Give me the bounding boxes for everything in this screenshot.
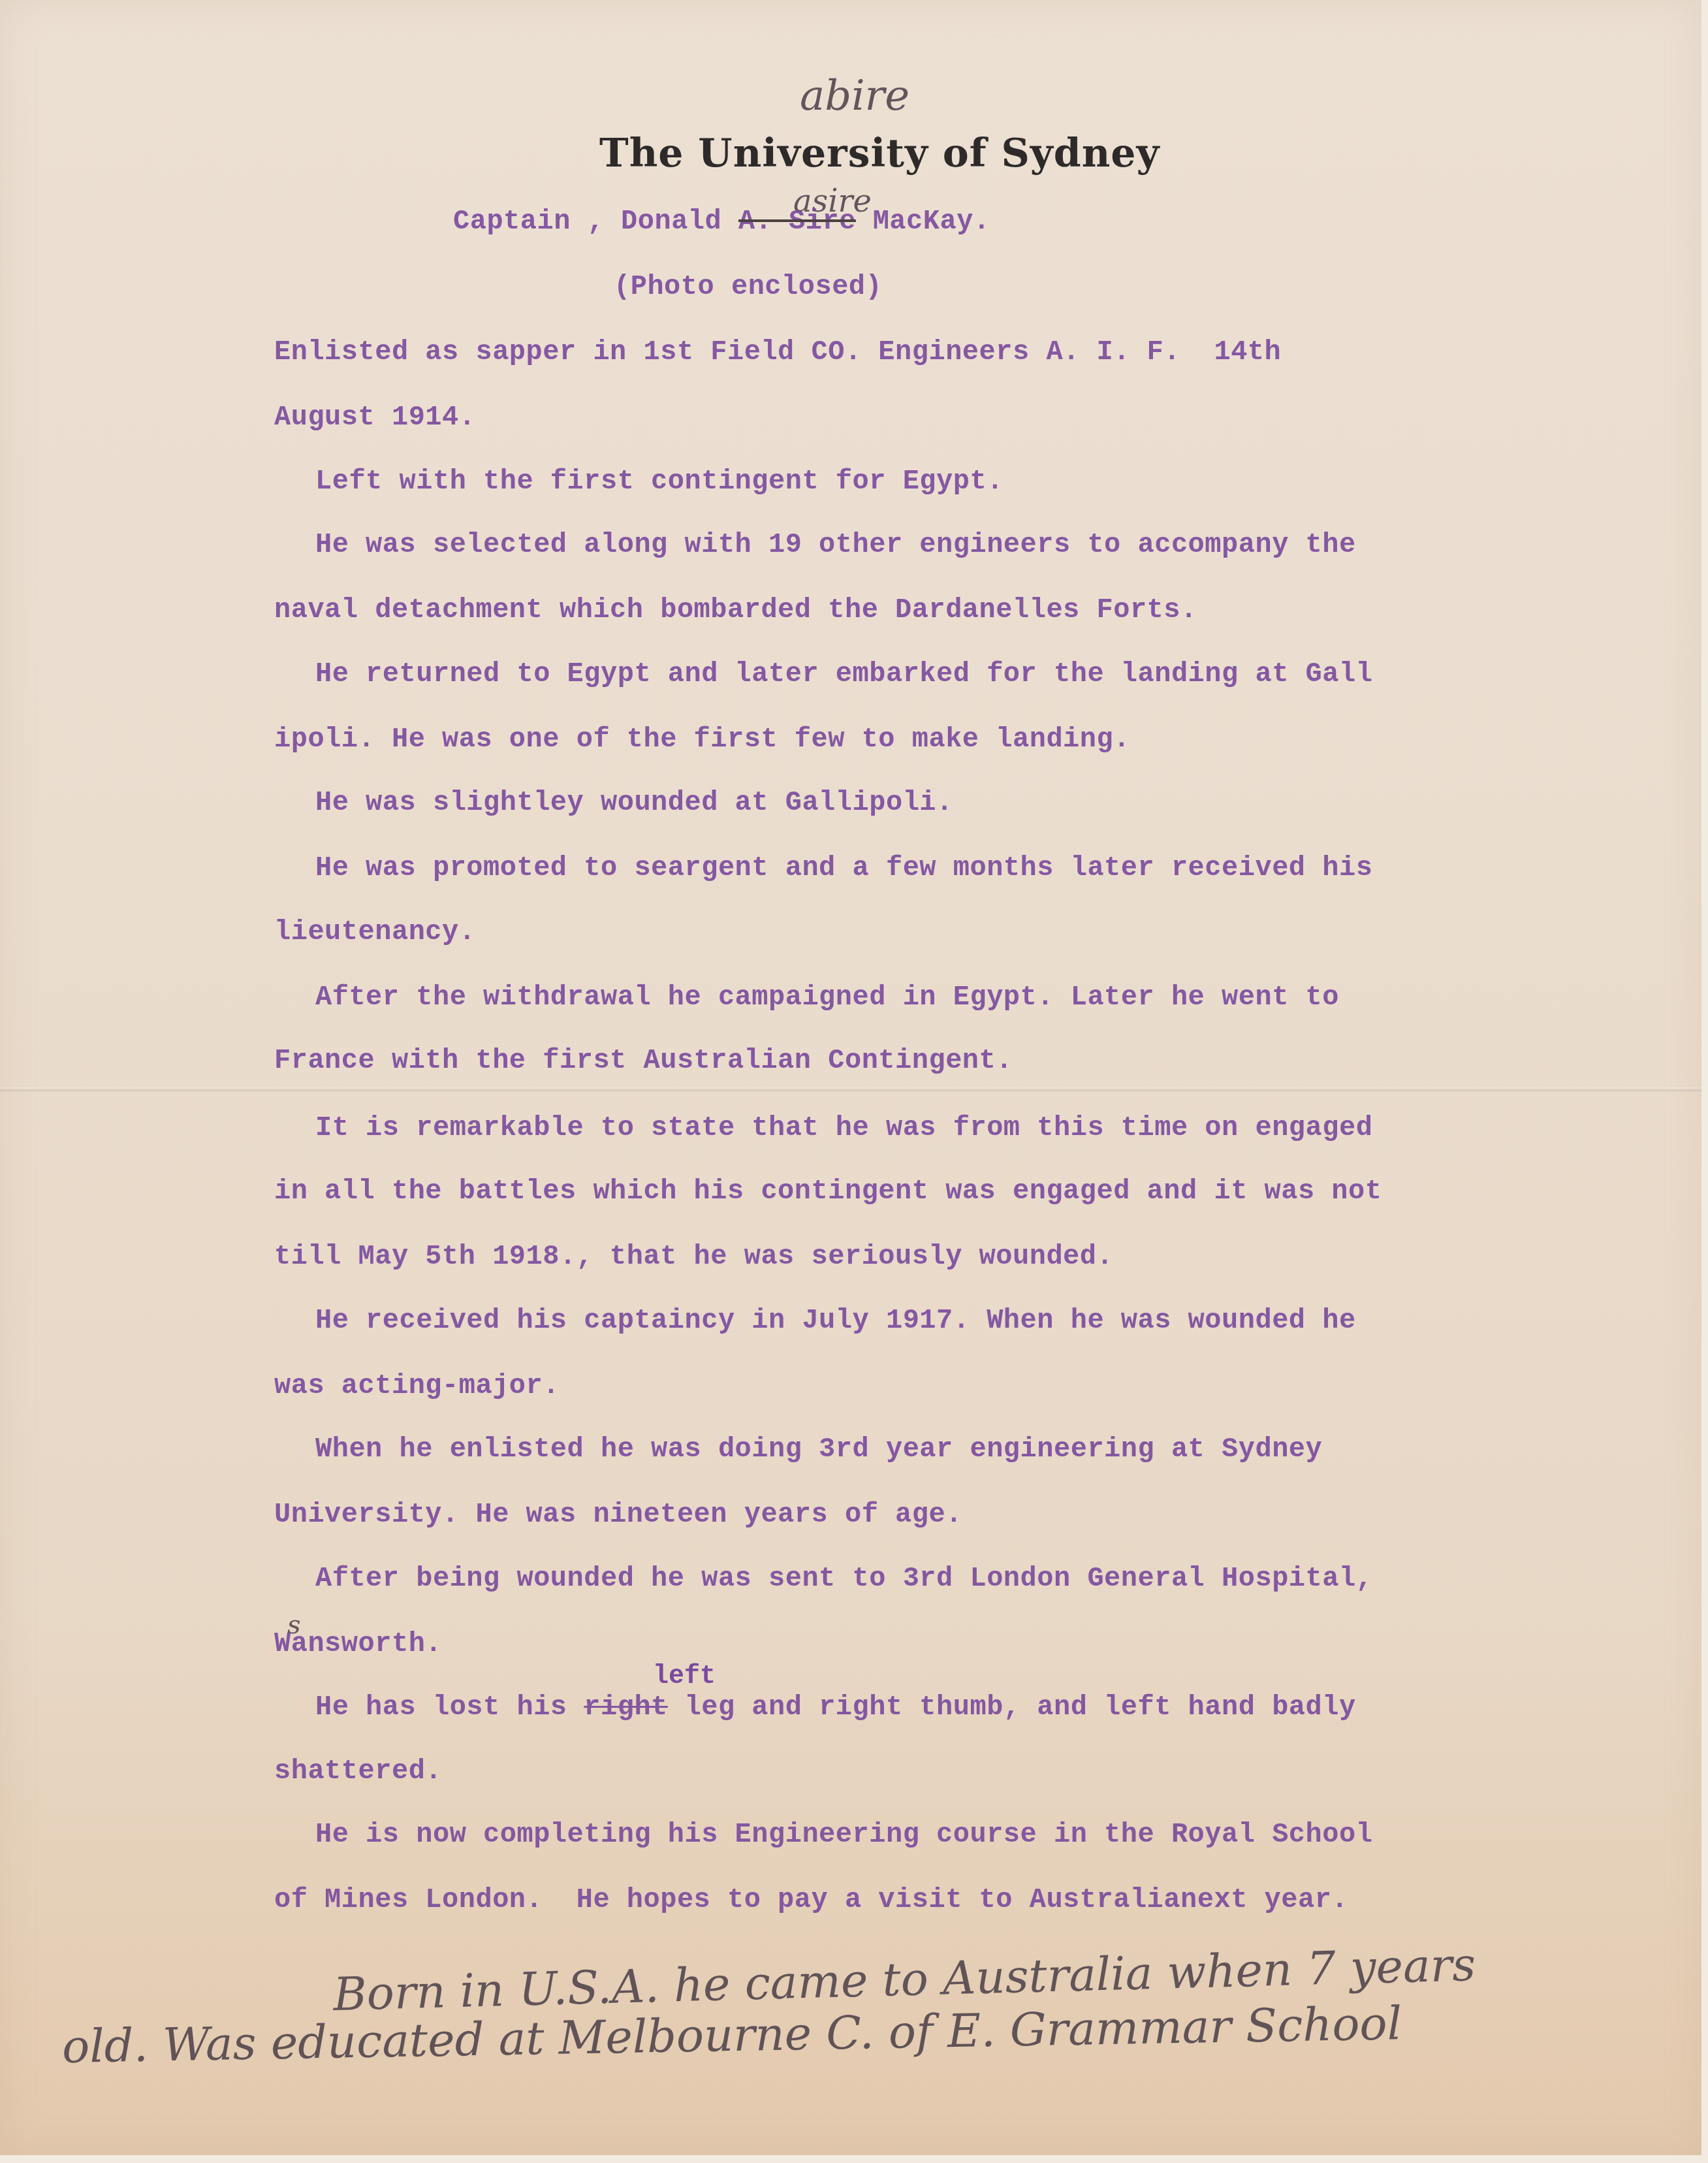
body-line: France with the first Australian Conting… xyxy=(274,1045,1013,1076)
body-line: It is remarkable to state that he was fr… xyxy=(315,1112,1372,1144)
heading-suffix: MacKay. xyxy=(856,206,990,237)
body-line: naval detachment which bombarded the Dar… xyxy=(274,594,1197,626)
body-line: University. He was nineteen years of age… xyxy=(274,1499,962,1530)
body-line: was acting-major. xyxy=(274,1370,560,1402)
body-line: ipoli. He was one of the first few to ma… xyxy=(274,724,1130,755)
body-line: After being wounded he was sent to 3rd L… xyxy=(315,1563,1372,1594)
body-line: He was promoted to seargent and a few mo… xyxy=(315,852,1372,884)
heading-name-line: Captain , Donald A. Sire MacKay. xyxy=(453,206,990,237)
body-line: of Mines London. He hopes to pay a visit… xyxy=(274,1884,1348,1915)
body-line: in all the battles which his contingent … xyxy=(274,1176,1382,1207)
letterhead-title: The University of Sydney xyxy=(599,131,1160,176)
body-line: He was selected along with 19 other engi… xyxy=(315,529,1356,560)
heading-prefix: Captain , Donald xyxy=(453,206,738,237)
body-line: till May 5th 1918., that he was seriousl… xyxy=(274,1241,1113,1272)
body-line: When he enlisted he was doing 3rd year e… xyxy=(315,1434,1322,1465)
body-line: August 1914. xyxy=(274,402,475,433)
photo-enclosed-note: (Photo enclosed) xyxy=(614,271,882,302)
body-line: shattered. xyxy=(274,1755,442,1787)
body-line-leg: He has lost his right leg and right thum… xyxy=(315,1691,1356,1723)
leg-line-prefix: He has lost his xyxy=(315,1691,584,1723)
heading-struck-text: A. Sire xyxy=(738,206,856,237)
body-line: lieutenancy. xyxy=(274,916,475,948)
body-line: After the withdrawal he campaigned in Eg… xyxy=(315,982,1339,1013)
body-line: Wansworth. xyxy=(274,1628,442,1659)
body-line: Left with the first contingent for Egypt… xyxy=(315,466,1004,497)
paper-fold-crease xyxy=(0,1087,1701,1091)
typed-insert-left: left xyxy=(653,1662,716,1691)
body-line: He returned to Egypt and later embarked … xyxy=(315,658,1372,690)
handwritten-annotation-abire: abire xyxy=(800,72,909,120)
leg-line-suffix: leg and right thumb, and left hand badly xyxy=(668,1691,1356,1723)
body-line: He was slightley wounded at Gallipoli. xyxy=(315,787,953,818)
leg-line-struck-word: right xyxy=(584,1691,668,1723)
body-line: Enlisted as sapper in 1st Field CO. Engi… xyxy=(274,336,1281,368)
body-line: He received his captaincy in July 1917. … xyxy=(315,1305,1356,1336)
body-line: He is now completing his Engineering cou… xyxy=(315,1819,1372,1850)
